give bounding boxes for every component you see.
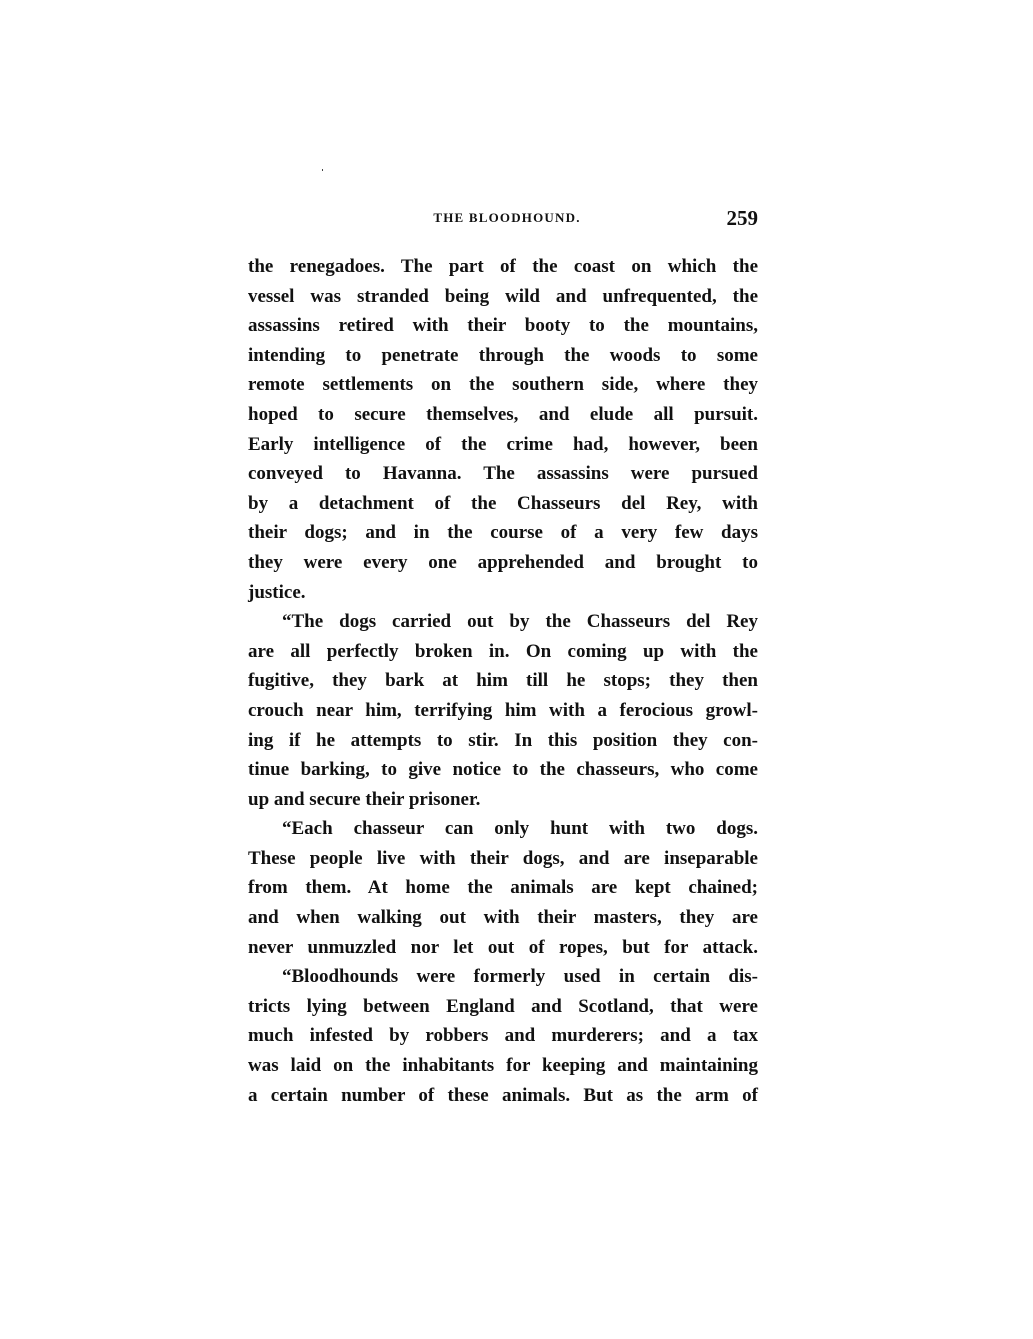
text-line: a certain number of these animals. But a… [248, 1081, 758, 1111]
paragraph: the renegadoes. The part of the coast on… [248, 252, 758, 607]
text-line: tricts lying between England and Scotlan… [248, 992, 758, 1022]
text-line: was laid on the inhabitants for keeping … [248, 1051, 758, 1081]
text-line: never unmuzzled nor let out of ropes, bu… [248, 933, 758, 963]
text-line: by a detachment of the Chasseurs del Rey… [248, 489, 758, 519]
text-line: and when walking out with their masters,… [248, 903, 758, 933]
text-line: up and secure their prisoner. [248, 785, 758, 815]
text-line: These people live with their dogs, and a… [248, 844, 758, 874]
text-line: hoped to secure themselves, and elude al… [248, 400, 758, 430]
text-line: remote settlements on the southern side,… [248, 370, 758, 400]
text-line: Early intelligence of the crime had, how… [248, 430, 758, 460]
paragraph: “Bloodhounds were formerly used in certa… [248, 962, 758, 1110]
text-line: the renegadoes. The part of the coast on… [248, 252, 758, 282]
text-line: crouch near him, terrifying him with a f… [248, 696, 758, 726]
book-page: THE BLOODHOUND. 259 the renegadoes. The … [0, 0, 1033, 1339]
print-speck [322, 169, 323, 171]
text-line: assassins retired with their booty to th… [248, 311, 758, 341]
running-head: THE BLOODHOUND. 259 [248, 206, 758, 230]
text-line: are all perfectly broken in. On coming u… [248, 637, 758, 667]
body-text: the renegadoes. The part of the coast on… [248, 252, 758, 1110]
text-line: vessel was stranded being wild and unfre… [248, 282, 758, 312]
text-line: justice. [248, 578, 758, 608]
text-line: they were every one apprehended and brou… [248, 548, 758, 578]
text-line: “The dogs carried out by the Chasseurs d… [248, 607, 758, 637]
text-line: “Bloodhounds were formerly used in certa… [248, 962, 758, 992]
text-line: tinue barking, to give notice to the cha… [248, 755, 758, 785]
text-line: much infested by robbers and murderers; … [248, 1021, 758, 1051]
text-line: from them. At home the animals are kept … [248, 873, 758, 903]
text-line: ing if he attempts to stir. In this posi… [248, 726, 758, 756]
running-title: THE BLOODHOUND. [248, 210, 758, 226]
text-line: fugitive, they bark at him till he stops… [248, 666, 758, 696]
page-number: 259 [727, 206, 759, 231]
paragraph: “The dogs carried out by the Chasseurs d… [248, 607, 758, 814]
text-line: “Each chasseur can only hunt with two do… [248, 814, 758, 844]
text-line: intending to penetrate through the woods… [248, 341, 758, 371]
text-line: their dogs; and in the course of a very … [248, 518, 758, 548]
paragraph: “Each chasseur can only hunt with two do… [248, 814, 758, 962]
text-line: conveyed to Havanna. The assassins were … [248, 459, 758, 489]
